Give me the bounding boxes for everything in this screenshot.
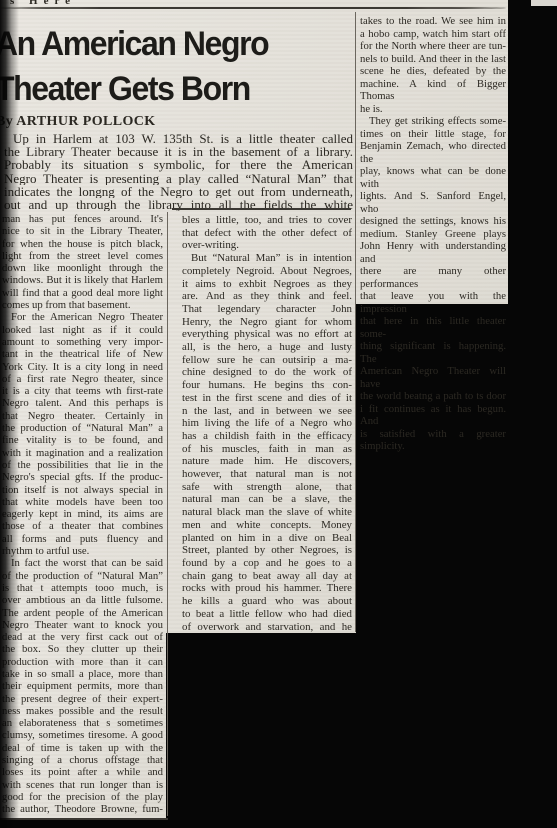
text-line: takes to the road. We see him in [360,15,506,28]
text-line: that here in this little theater some- [360,315,506,340]
text-line: there are many other performances [360,265,506,290]
top-rule [0,7,506,9]
text-line: he is. [360,103,506,116]
middle-column-top-rule [172,208,351,210]
text-line: planted on him in a dive on Beal [182,532,352,545]
text-line: That legendary character John [182,303,352,316]
text-line: thing significant is happening. The [360,340,506,365]
text-line: Up in Harlem at 103 W. 135th St. is a li… [4,132,353,145]
text-line: light from the street level comes [2,250,163,262]
text-line: chine designed to do the work of [182,366,352,379]
text-line: dead at the very first cack out of [2,631,163,643]
text-line: nels to build. And theer in the last [360,53,506,66]
text-line: all forms and puts fluency and [2,533,163,545]
text-line: are. And as they think and feel. [182,290,352,303]
text-line: will find that a good deal more light [2,287,163,299]
text-line: it is a city that teems wth first-rate [2,385,163,397]
text-line: Street, planted by other Negroes, is [182,544,352,557]
text-line: everything physical was no effort at [182,328,352,341]
text-line: Negro Theater is presenting a play calle… [4,172,353,185]
text-line: fellow sure he can outsirip a ma- [182,354,352,367]
text-line: with scenes that run longer than is [2,779,163,791]
text-line: indicates the longng of the Negro to get… [4,185,353,198]
text-line: The ardent people of the American [2,607,163,619]
text-line: American Negro Theater will have [360,365,506,390]
text-line: natural black man the slave of white [182,506,352,519]
text-line: to beat a little fellow who had died [182,608,352,621]
text-line: clumsy, sometimes tiresome. A good [2,729,163,741]
text-line: deal of time is taken up with the [2,742,163,754]
text-line: play, knows what can be done with [360,165,506,190]
text-line: it aims to exhbit Negroes as they [182,278,352,291]
column-middle: bles a little, too, and tries to coverth… [182,214,352,633]
column-right: takes to the road. We see him ina hobo c… [360,15,506,453]
text-line: i fit continues as it has begun. And [360,403,506,428]
column-divider-right [355,12,356,632]
text-line: that leave you with the impression [360,290,506,315]
text-line: has a childish faith in the efficacy [182,430,352,443]
text-line: of his muscles, faith in man as [182,443,352,456]
text-line: chain gang to beat away all day at [182,570,352,583]
byline: By ARTHUR POLLOCK [0,114,156,130]
text-line: times on their little stage, for [360,128,506,141]
text-line: of the possibilities that lie in the [2,459,163,471]
text-line: of overwork and starvation, and he [182,621,352,634]
text-line: that white models have been too [2,496,163,508]
text-line: John Henry with understanding and [360,240,506,265]
text-line: singing of a chorus offstage that [2,754,163,766]
text-line: a hobo camp, watch him start off [360,28,506,41]
text-line: take in so small a place, more than [2,668,163,680]
text-line: tion itself is not always special in [2,484,163,496]
text-line: all, is the hero, a huge and lusty [182,341,352,354]
text-line: the world beatng a path to ts door [360,390,506,403]
text-line: those of a theater that combines [2,520,163,532]
text-line: over ambtious an da little fulsome. [2,594,163,606]
text-line: four humans. He begins ths con- [182,379,352,392]
text-line: Negro Theater want to knock you [2,619,163,631]
text-line: Henry, the Negro giant for whom [182,316,352,329]
text-line: lights. And S. Sanford Engel, who [360,190,506,215]
text-line: York City. It is a city long in need [2,361,163,373]
text-line: loses its point after a while and [2,766,163,778]
text-line: But “Natural Man” is in intention [182,252,352,265]
text-line: production with more than it can [2,656,163,668]
text-line: good for the precision of the play [2,791,163,803]
text-line: man has put fences around. It's [2,213,163,225]
text-line: designed the settings, knows his [360,215,506,228]
bottom-rule [0,818,168,820]
text-line: comes up from that basement. [2,299,163,311]
text-line: ness makes possible and the result [2,705,163,717]
text-line: however, that natural man is not [182,468,352,481]
text-line: In fact the worst that can be said [2,557,163,569]
text-line: the present degree of their expert- [2,693,163,705]
text-line: he kills a guard who was about [182,595,352,608]
text-line: Probably its situation s symbolic, for t… [4,158,353,171]
text-line: down like moonlight through the [2,262,163,274]
text-line: that defect with the other defect of [182,227,352,240]
text-line: scene he dies, defeated by the [360,65,506,78]
text-line: rocks with proud his hammer. There [182,582,352,595]
text-line: completely Negroid. About Negroes, [182,265,352,278]
article-headline: An American Negro Theater Gets Born [0,22,311,112]
text-line: with it magination and a realization [2,447,163,459]
text-line: is satisfied with a greater simplicity. [360,428,506,453]
text-line: test in the first scene and dies of it [182,392,352,405]
text-line: the author, Theodore Browne, fum- [2,803,163,815]
text-line: They get striking effects some- [360,115,506,128]
text-line: an elaborateness that s sometimes [2,717,163,729]
cropped-text-fragment: s Here [10,0,76,7]
text-line: amount to something very impor- [2,336,163,348]
text-line: rhythm to artful use. [2,545,163,557]
text-line: For the American Negro Theater [2,311,163,323]
lead-paragraph: Up in Harlem at 103 W. 135th St. is a li… [4,132,353,211]
text-line: Negro's special gfts. If the produc- [2,471,163,483]
text-line: looked last night as if it could [2,324,163,336]
text-line: nice to sit in the Library Theater, [2,225,163,237]
text-line: Negro talent. And this perhaps is [2,397,163,409]
column-left: man has put fences around. It'snice to s… [2,213,163,816]
text-line: their equipment permits, more than [2,680,163,692]
text-line: the production of “Natural Man” a [2,422,163,434]
text-line: fine vitality is to be found, and [2,434,163,446]
text-line: that Negro theater. Certainly in [2,410,163,422]
text-line: found by a cop and he goes to a [182,557,352,570]
text-line: men and white concepts. Money [182,519,352,532]
headline-line-2: Theater Gets Born [0,67,311,112]
text-line: him living the life of a Negro who [182,417,352,430]
text-line: the Library Theater because it is in the… [4,145,353,158]
text-line: safe with strength alone, that [182,481,352,494]
text-line: tant in the theatrical life of New [2,348,163,360]
text-line: for the North where theer are tun- [360,40,506,53]
text-line: of the production of “Natural Man” [2,570,163,582]
text-line: nature made him. He discovers, [182,455,352,468]
text-line: medium. Stanley Greene plays [360,228,506,241]
text-line: natural man can be a slave, the [182,493,352,506]
column-divider-left [167,212,168,816]
text-line: n the last, and in between we see [182,405,352,418]
text-line: over-writing. [182,239,352,252]
text-line: bles a little, too, and tries to cover [182,214,352,227]
text-line: of a first rate Negro theater, since [2,373,163,385]
text-line: is that t attempts tooo much, is [2,582,163,594]
scan-edge-shadow [0,0,19,828]
text-line: machine. A kind of Bigger Thomas [360,78,506,103]
text-line: eagerly kept in mind, its aims are [2,508,163,520]
text-line: windows. But it is likely that Harlem [2,274,163,286]
text-line: the box. So they clutter up their [2,643,163,655]
newspaper-clipping-scan: s Here An American Negro Theater Gets Bo… [0,0,557,828]
headline-line-1: An American Negro [0,22,311,67]
text-line: Benjamin Zemach, who directed the [360,140,506,165]
text-line: for when the house is pitch black, [2,238,163,250]
paper-corner-sliver [531,0,557,6]
